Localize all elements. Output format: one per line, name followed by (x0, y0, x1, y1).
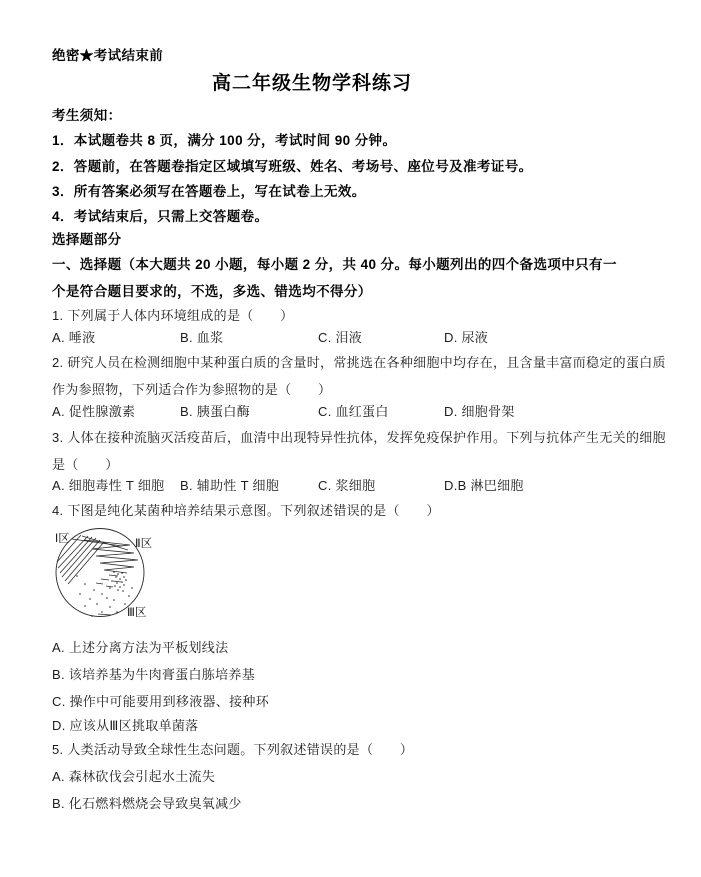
question-5-text: 5. 人类活动导致全球性生态问题。下列叙述错误的是（ ） (52, 741, 652, 758)
q4-option-a: A. 上述分离方法为平板划线法 (52, 639, 652, 656)
question-3-text-line-1: 3. 人体在接种流脑灭活疫苗后，血清中出现特异性抗体，发挥免疫保护作用。下列与抗… (52, 429, 652, 446)
q1-option-d: D. 尿液 (444, 329, 652, 346)
q2-option-c: C. 血红蛋白 (318, 403, 444, 420)
question-1-text: 1. 下列属于人体内环境组成的是（ ） (52, 307, 652, 324)
q3-option-a: A. 细胞毒性 T 细胞 (52, 477, 180, 494)
question-2-options: A. 促性腺激素 B. 胰蛋白酶 C. 血红蛋白 D. 细胞骨架 (52, 403, 652, 420)
section-intro-line-2: 个是符合题目要求的，不选，多选、错选均不得分） (52, 283, 652, 300)
section-part-heading: 选择题部分 (52, 231, 652, 248)
page-title: 高二年级生物学科练习 (52, 68, 572, 95)
region-3-label: Ⅲ区 (127, 606, 146, 619)
notice-heading: 考生须知： (52, 107, 652, 124)
notice-item-3: 3．所有答案必须写在答题卷上，写在试卷上无效。 (52, 183, 652, 200)
q3-option-d: D.B 淋巴细胞 (444, 477, 652, 494)
streak-plate-diagram: I区 Ⅱ区 Ⅲ区 (52, 524, 217, 636)
question-3-text-line-2: 是（ ） (52, 456, 652, 473)
question-1-options: A. 唾液 B. 血浆 C. 泪液 D. 尿液 (52, 329, 652, 346)
q3-option-b: B. 辅助性 T 细胞 (180, 477, 318, 494)
notice-item-4: 4．考试结束后，只需上交答题卷。 (52, 208, 652, 225)
question-2-text-line-2: 作为参照物，下列适合作为参照物的是（ ） (52, 381, 652, 398)
q1-option-c: C. 泪液 (318, 329, 444, 346)
q4-option-c: C. 操作中可能要用到移液器、接种环 (52, 693, 652, 710)
question-2-text-line-1: 2. 研究人员在检测细胞中某种蛋白质的含量时，常挑选在各种细胞中均存在，且含量丰… (52, 354, 652, 371)
notice-item-2: 2．答题前，在答题卷指定区域填写班级、姓名、考场号、座位号及准考证号。 (52, 158, 652, 175)
region-3-streaks (76, 571, 133, 617)
q2-option-b: B. 胰蛋白酶 (180, 403, 318, 420)
q5-option-b: B. 化石燃料燃烧会导致臭氧减少 (52, 795, 652, 812)
q5-option-a: A. 森林砍伐会引起水土流失 (52, 768, 652, 785)
q2-option-a: A. 促性腺激素 (52, 403, 180, 420)
q2-option-d: D. 细胞骨架 (444, 403, 652, 420)
q4-option-d: D. 应该从Ⅲ区挑取单菌落 (52, 717, 652, 734)
q3-option-c: C. 浆细胞 (318, 477, 444, 494)
q1-option-a: A. 唾液 (52, 329, 180, 346)
question-4-text: 4. 下图是纯化某菌种培养结果示意图。下列叙述错误的是（ ） (52, 502, 652, 519)
section-intro-line-1: 一、选择题（本大题共 20 小题，每小题 2 分，共 40 分。每小题列出的四个… (52, 256, 652, 273)
q4-option-b: B. 该培养基为牛肉膏蛋白胨培养基 (52, 666, 652, 683)
streak-plate-svg: I区 Ⅱ区 Ⅲ区 (52, 524, 217, 636)
region-2-label: Ⅱ区 (135, 537, 152, 550)
notice-item-1: 1．本试题卷共 8 页，满分 100 分，考试时间 90 分钟。 (52, 132, 652, 149)
region-1-label: I区 (55, 532, 70, 545)
question-3-options: A. 细胞毒性 T 细胞 B. 辅助性 T 细胞 C. 浆细胞 D.B 淋巴细胞 (52, 477, 652, 494)
q1-option-b: B. 血浆 (180, 329, 318, 346)
classification-label: 绝密★考试结束前 (52, 47, 652, 64)
exam-page: 绝密★考试结束前 高二年级生物学科练习 考生须知： 1．本试题卷共 8 页，满分… (0, 0, 701, 877)
